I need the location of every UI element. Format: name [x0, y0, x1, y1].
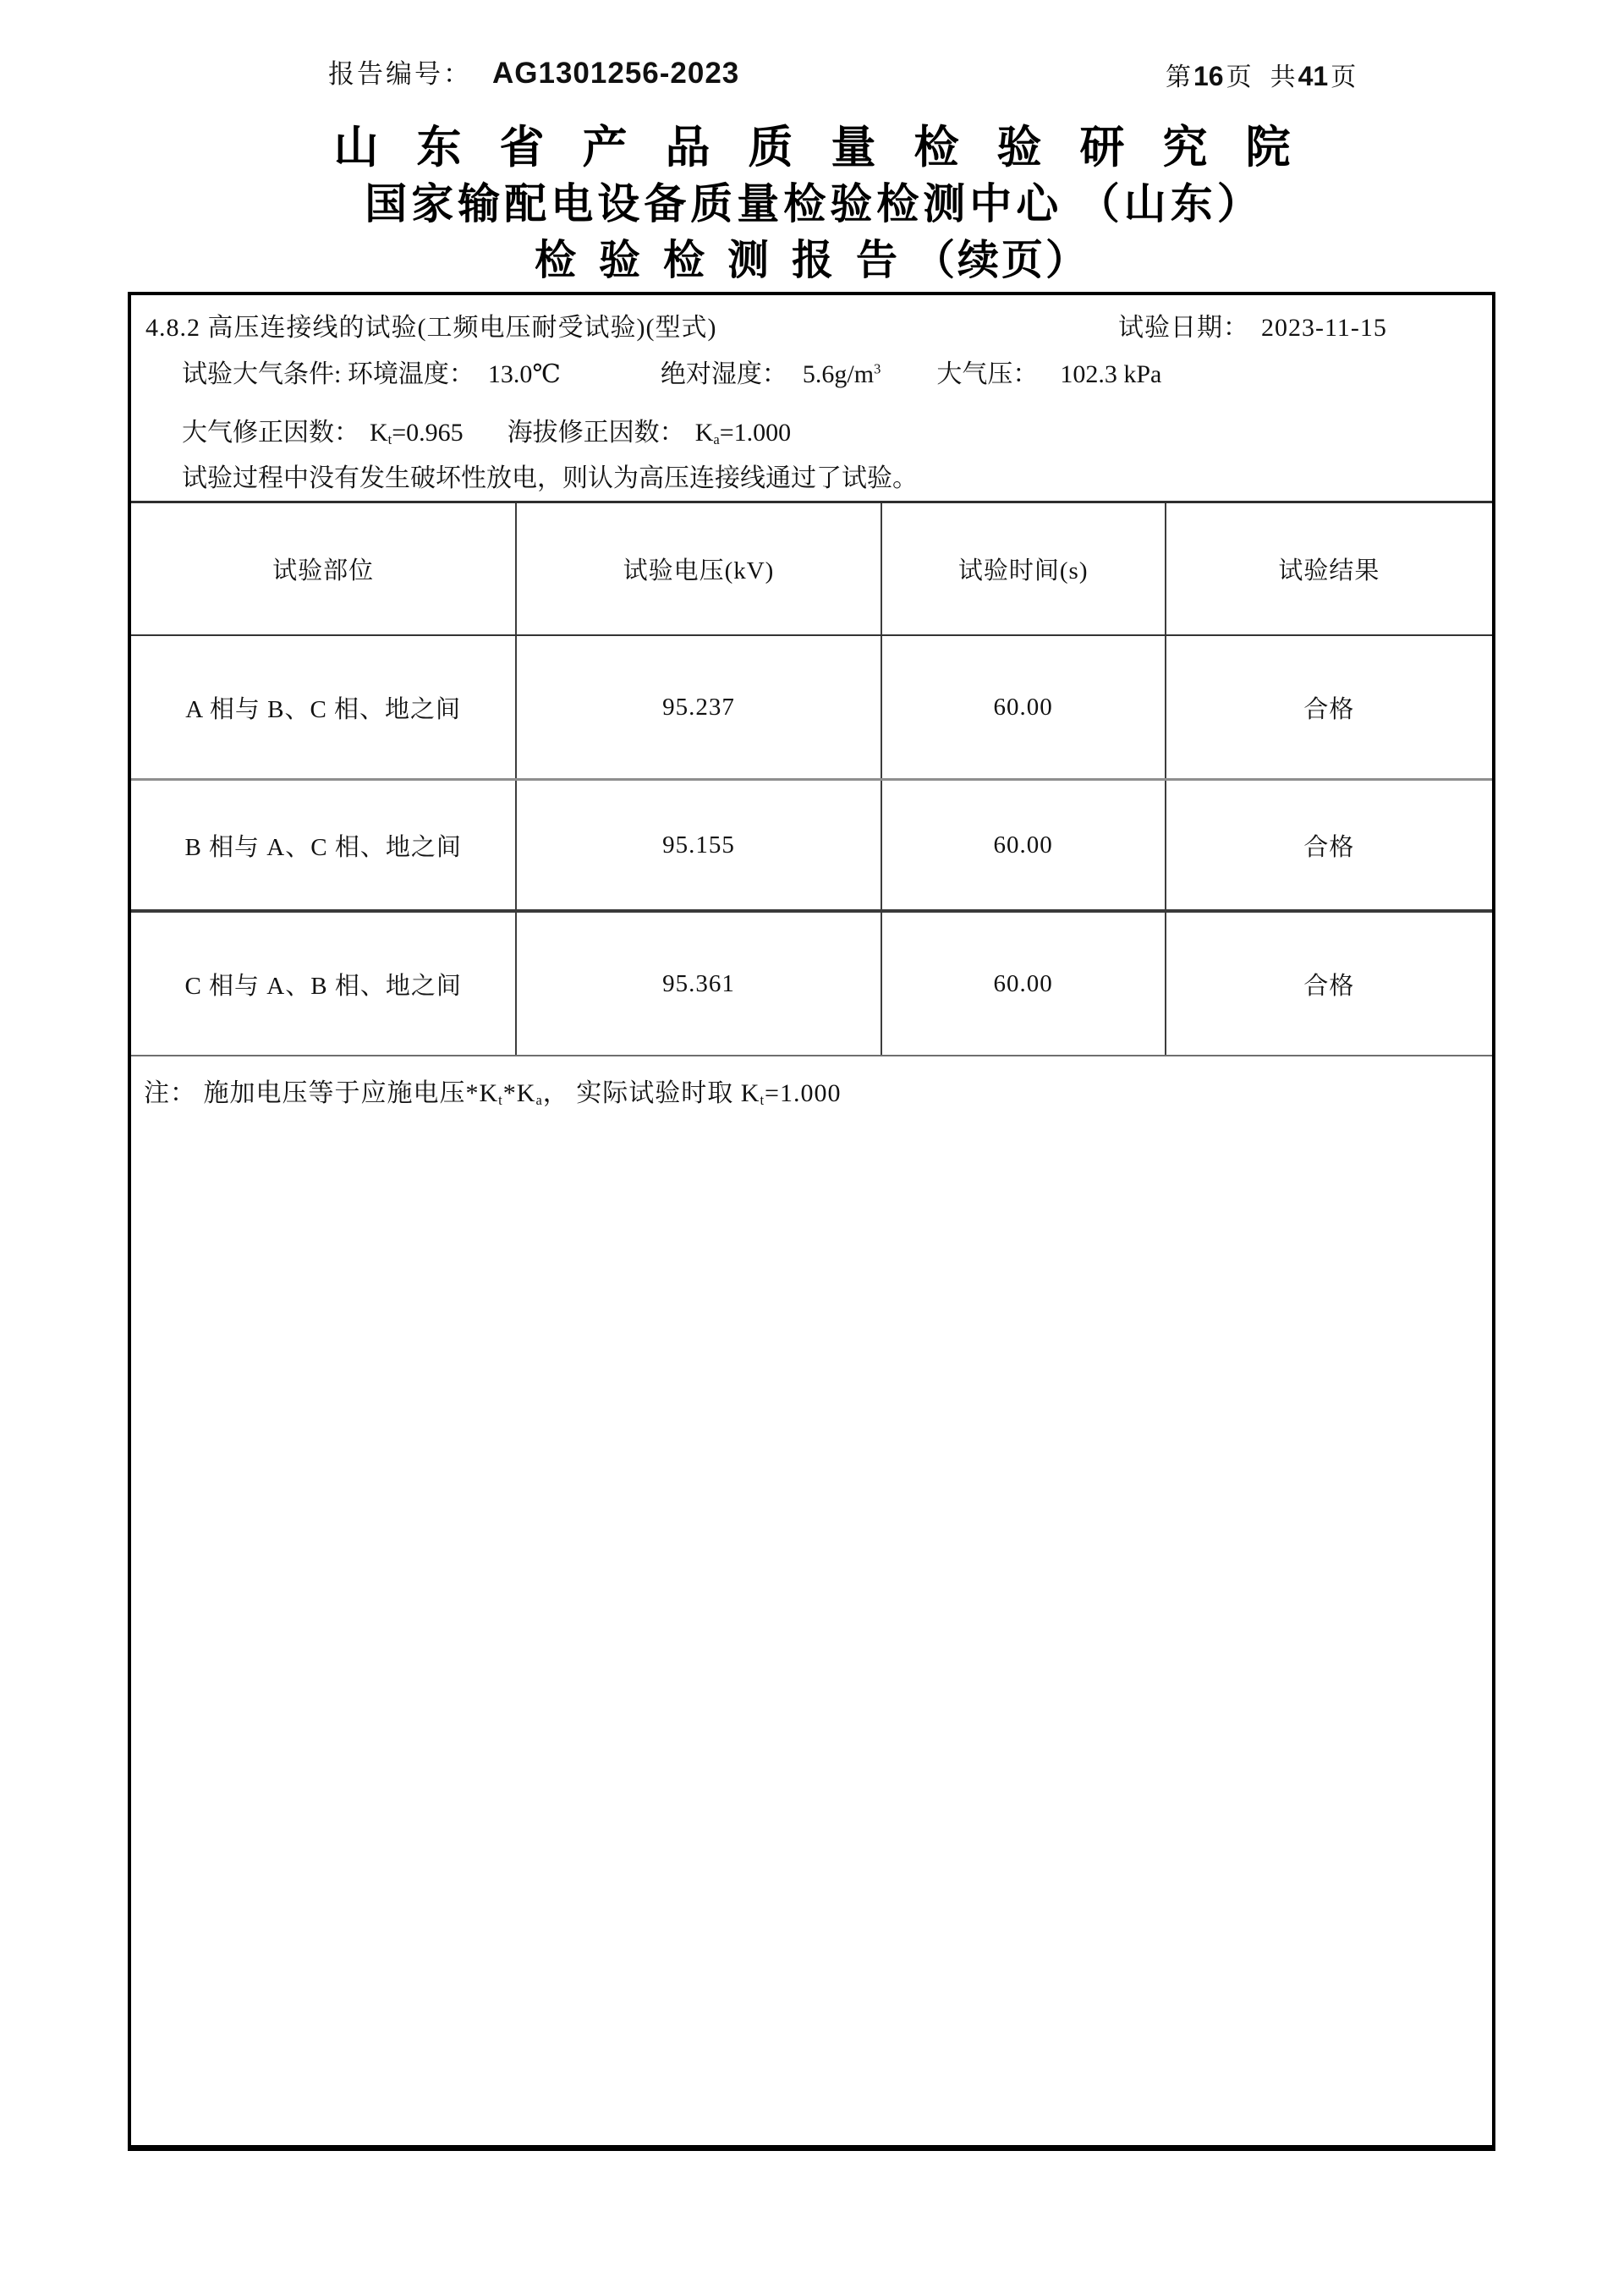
header-test-voltage: 试验电压(kV): [516, 502, 881, 636]
cell-test-result: 合格: [1166, 911, 1492, 1056]
atmospheric-correction-label: 大气修正因数：: [182, 419, 359, 447]
report-title-main: 检验检测报告: [535, 237, 920, 283]
ka-value: Ka=1.000: [695, 419, 791, 447]
institution-title: 山东省产品质量检验研究院: [0, 112, 1624, 176]
cell-test-voltage: 95.361: [516, 911, 881, 1056]
main-box: 4.8.2 高压连接线的试验(工频电压耐受试验)(型式) 试验日期：2023-1…: [128, 292, 1495, 2151]
report-number: 报告编号： AG1301256-2023: [328, 52, 739, 91]
cell-test-voltage: 95.155: [516, 780, 881, 912]
center-title: 国家输配电设备质量检验检测中心 （山东）: [0, 170, 1624, 231]
table-header-row: 试验部位 试验电压(kV) 试验时间(s) 试验结果: [131, 502, 1492, 636]
kt-value: Kt=0.965: [370, 419, 464, 447]
cell-test-result: 合格: [1166, 780, 1492, 912]
test-date-label: 试验日期：: [1118, 314, 1249, 342]
results-table: 试验部位 试验电压(kV) 试验时间(s) 试验结果 A 相与 B、C 相、地之…: [131, 501, 1492, 1056]
header-test-time: 试验时间(s): [881, 502, 1166, 636]
cell-test-part: C 相与 A、B 相、地之间: [131, 911, 516, 1056]
page-suffix: 页: [1226, 56, 1252, 93]
report-title: 检验检测报告（续页）: [0, 228, 1624, 287]
cell-test-time: 60.00: [881, 780, 1166, 912]
test-date-value: 2023-11-15: [1261, 314, 1387, 342]
pressure-value: 102.3 kPa: [1060, 360, 1161, 388]
atmospheric-conditions-row: 试验大气条件: 环境温度：13.0℃绝对湿度：5.6g/m3大气压：102.3 …: [182, 353, 1161, 390]
total-prefix: 共: [1270, 56, 1296, 93]
test-date: 试验日期：2023-11-15: [1118, 306, 1387, 343]
altitude-correction-label: 海拔修正因数：: [507, 419, 685, 447]
cell-test-part: A 相与 B、C 相、地之间: [131, 635, 516, 780]
table-row: C 相与 A、B 相、地之间 95.361 60.00 合格: [131, 911, 1492, 1056]
page-prefix: 第: [1166, 56, 1191, 93]
correction-factors-row: 大气修正因数：Kt=0.965海拔修正因数：Ka=1.000: [182, 411, 791, 448]
table-row: B 相与 A、C 相、地之间 95.155 60.00 合格: [131, 780, 1492, 912]
table-row: A 相与 B、C 相、地之间 95.237 60.00 合格: [131, 635, 1492, 780]
cell-test-part: B 相与 A、C 相、地之间: [131, 780, 516, 912]
pass-criteria-statement: 试验过程中没有发生破坏性放电，则认为高压连接线通过了试验。: [182, 457, 918, 494]
clause-title: 4.8.2 高压连接线的试验(工频电压耐受试验)(型式): [145, 314, 716, 342]
cell-test-voltage: 95.237: [516, 635, 881, 780]
total-page-number: 41: [1296, 61, 1331, 92]
cell-test-time: 60.00: [881, 635, 1166, 780]
humidity-value: 5.6g/m3: [803, 360, 881, 388]
page-indicator: 第16页 共41页: [1166, 56, 1356, 93]
temperature-value: 13.0℃: [488, 360, 561, 388]
total-suffix: 页: [1330, 56, 1356, 93]
header-test-part: 试验部位: [131, 502, 516, 636]
report-title-continued: （续页）: [913, 237, 1089, 283]
results-table-wrap: 试验部位 试验电压(kV) 试验时间(s) 试验结果 A 相与 B、C 相、地之…: [131, 501, 1492, 1056]
report-number-value: AG1301256-2023: [492, 57, 739, 91]
conditions-label: 试验大气条件: 环境温度：: [182, 360, 475, 388]
report-page: 报告编号： AG1301256-2023 第16页 共41页 山东省产品质量检验…: [0, 0, 1624, 2288]
pressure-label: 大气压：: [936, 360, 1038, 388]
cell-test-result: 合格: [1166, 635, 1492, 780]
humidity-label: 绝对湿度：: [661, 360, 787, 388]
cell-test-time: 60.00: [881, 911, 1166, 1056]
clause-row: 4.8.2 高压连接线的试验(工频电压耐受试验)(型式) 试验日期：2023-1…: [145, 306, 1480, 343]
humidity-exponent: 3: [874, 360, 881, 376]
header-test-result: 试验结果: [1166, 502, 1492, 636]
current-page-number: 16: [1191, 61, 1226, 92]
report-number-label: 报告编号：: [328, 52, 472, 91]
footnote: 注： 施加电压等于应施电压*Kt*Ka， 实际试验时取 Kt=1.000: [144, 1072, 841, 1109]
